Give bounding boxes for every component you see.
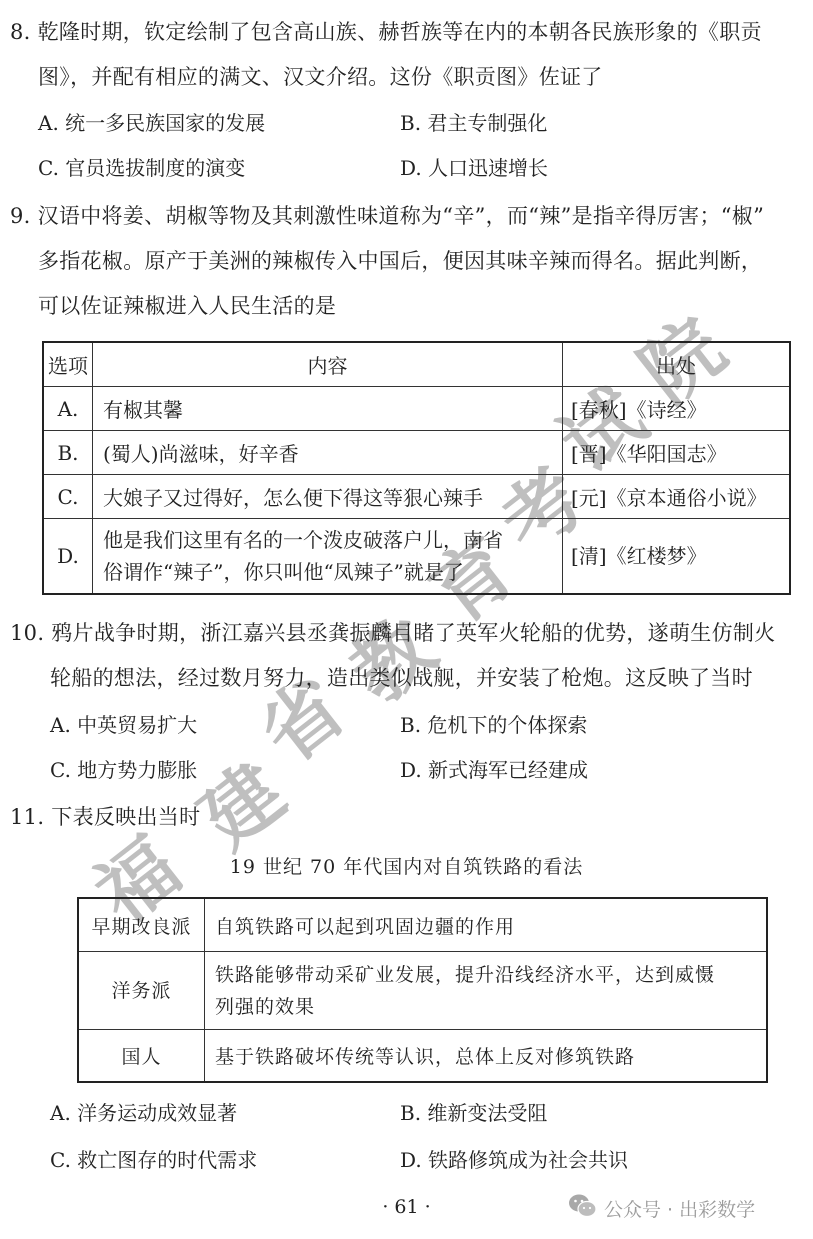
question-9-stem-line-2: 多指花椒。原产于美洲的辣椒传入中国后，便因其味辛辣而得名。据此判断， <box>38 247 762 275</box>
row-content: 他是我们这里有名的一个泼皮破落户儿，南省 俗谓作“辣子”，你只叫他“凤辣子”就是… <box>93 519 563 595</box>
question-10-stem-line-1: 10. 鸦片战争时期，浙江嘉兴县丞龚振麟目睹了英军火轮船的优势，遂萌生仿制火 <box>10 619 775 647</box>
row-option: D. <box>43 519 93 595</box>
question-10-option-d: D. 新式海军已经建成 <box>400 756 588 784</box>
table-row: A. 有椒其馨 [春秋]《诗经》 <box>43 387 790 431</box>
row-view: 基于铁路破坏传统等认识，总体上反对修筑铁路 <box>205 1030 768 1083</box>
row-group: 国人 <box>78 1030 205 1083</box>
row-content-line-2: 俗谓作“辣子”，你只叫他“凤辣子”就是了 <box>103 556 552 588</box>
wechat-label: 公众号 · 出彩数学 <box>604 1195 755 1222</box>
table-row: 国人 基于铁路破坏传统等认识，总体上反对修筑铁路 <box>78 1030 767 1083</box>
row-option: B. <box>43 431 93 475</box>
row-view: 自筑铁路可以起到巩固边疆的作用 <box>205 898 768 952</box>
question-11-option-d: D. 铁路修筑成为社会共识 <box>400 1146 628 1174</box>
row-source: [春秋]《诗经》 <box>563 387 791 431</box>
watermark-char: 教 <box>324 588 454 724</box>
row-group: 早期改良派 <box>78 898 205 952</box>
row-source: [元]《京本通俗小说》 <box>563 475 791 519</box>
row-content-line-1: 他是我们这里有名的一个泼皮破落户儿，南省 <box>103 524 552 556</box>
table-caption: 19 世纪 70 年代国内对自筑铁路的看法 <box>0 852 813 879</box>
row-source: [晋]《华阳国志》 <box>563 431 791 475</box>
question-9-stem-line-1: 9. 汉语中将姜、胡椒等物及其刺激性味道称为“辛”，而“辣”是指辛得厉害；“椒” <box>10 202 764 230</box>
table-row: 早期改良派 自筑铁路可以起到巩固边疆的作用 <box>78 898 767 952</box>
wechat-attribution: 公众号 · 出彩数学 <box>568 1193 755 1224</box>
question-11-stem: 11. 下表反映出当时 <box>10 803 200 831</box>
row-option: C. <box>43 475 93 519</box>
question-10-option-a: A. 中英贸易扩大 <box>50 711 197 739</box>
table-row: B. (蜀人)尚滋味，好辛香 [晋]《华阳国志》 <box>43 431 790 475</box>
question-10-option-b: B. 危机下的个体探索 <box>400 711 587 739</box>
header-source: 出处 <box>563 342 791 387</box>
question-11-table: 早期改良派 自筑铁路可以起到巩固边疆的作用 洋务派 铁路能够带动采矿业发展，提升… <box>77 897 768 1083</box>
row-group: 洋务派 <box>78 952 205 1030</box>
question-11-option-c: C. 救亡图存的时代需求 <box>50 1146 257 1174</box>
row-view: 铁路能够带动采矿业发展，提升沿线经济水平，达到威慑 列强的效果 <box>205 952 768 1030</box>
table-row: 洋务派 铁路能够带动采矿业发展，提升沿线经济水平，达到威慑 列强的效果 <box>78 952 767 1030</box>
question-11-option-b: B. 维新变法受阻 <box>400 1099 547 1127</box>
question-8-option-c: C. 官员选拔制度的演变 <box>38 154 245 182</box>
question-8-option-d: D. 人口迅速增长 <box>400 154 548 182</box>
question-10-stem-line-2: 轮船的想法，经过数月努力，造出类似战舰，并安装了枪炮。这反映了当时 <box>50 664 753 692</box>
table-row: D. 他是我们这里有名的一个泼皮破落户儿，南省 俗谓作“辣子”，你只叫他“凤辣子… <box>43 519 790 595</box>
question-8-stem-line-2: 图》，并配有相应的满文、汉文介绍。这份《职贡图》佐证了 <box>38 63 603 91</box>
table-header-row: 选项 内容 出处 <box>43 342 790 387</box>
row-option: A. <box>43 387 93 431</box>
question-9-stem-line-3: 可以佐证辣椒进入人民生活的是 <box>38 292 336 320</box>
question-8-option-a: A. 统一多民族国家的发展 <box>38 109 265 137</box>
question-11-option-a: A. 洋务运动成效显著 <box>50 1099 237 1127</box>
row-content: (蜀人)尚滋味，好辛香 <box>93 431 563 475</box>
row-view-line-2: 列强的效果 <box>215 991 756 1023</box>
question-8-option-b: B. 君主专制强化 <box>400 109 547 137</box>
row-content: 大娘子又过得好，怎么便下得这等狠心辣手 <box>93 475 563 519</box>
header-content: 内容 <box>93 342 563 387</box>
row-content: 有椒其馨 <box>93 387 563 431</box>
question-9-table: 选项 内容 出处 A. 有椒其馨 [春秋]《诗经》 B. (蜀人)尚滋味，好辛香… <box>42 341 791 595</box>
watermark-char: 建 <box>174 733 304 869</box>
row-view-line-1: 铁路能够带动采矿业发展，提升沿线经济水平，达到威慑 <box>215 959 756 991</box>
header-option: 选项 <box>43 342 93 387</box>
question-10-option-c: C. 地方势力膨胀 <box>50 756 197 784</box>
question-8-stem-line-1: 8. 乾隆时期，钦定绘制了包含高山族、赫哲族等在内的本朝各民族形象的《职贡 <box>10 18 762 46</box>
table-row: C. 大娘子又过得好，怎么便下得这等狠心辣手 [元]《京本通俗小说》 <box>43 475 790 519</box>
wechat-icon <box>568 1193 598 1224</box>
row-source: [清]《红楼梦》 <box>563 519 791 595</box>
